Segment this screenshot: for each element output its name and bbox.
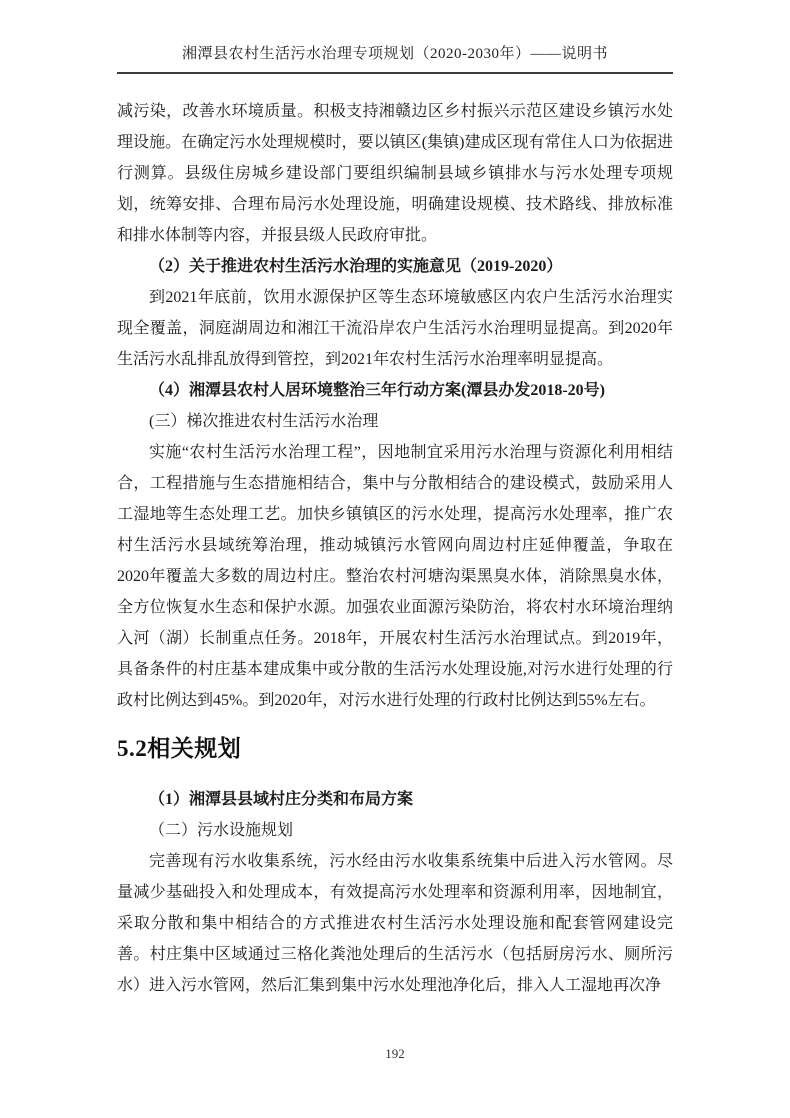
paragraph-continuation-pollution-reduction: 减污染，改善水环境质量。积极支持湘赣边区乡村振兴示范区建设乡镇污水处理设施。在确… bbox=[117, 96, 673, 251]
document-page: 湘潭县农村生活污水治理专项规划（2020-2030年）——说明书 减污染，改善水… bbox=[0, 0, 790, 1118]
heading-village-classification-layout: （1）湘潭县县域村庄分类和布局方案 bbox=[117, 784, 673, 815]
header-title: 湘潭县农村生活污水治理专项规划（2020-2030年）——说明书 bbox=[117, 42, 673, 66]
document-body: 减污染，改善水环境质量。积极支持湘赣边区乡村振兴示范区建设乡镇污水处理设施。在确… bbox=[117, 96, 673, 1001]
subheading-sewage-facility-planning: （二）污水设施规划 bbox=[117, 815, 673, 846]
subheading-tiered-sewage-treatment: (三）梯次推进农村生活污水治理 bbox=[117, 406, 673, 437]
paragraph-2021-targets: 到2021年底前，饮用水源保护区等生态环境敏感区内农户生活污水治理实现全覆盖，洞… bbox=[117, 282, 673, 375]
page-number: 192 bbox=[385, 1046, 405, 1061]
page-header: 湘潭县农村生活污水治理专项规划（2020-2030年）——说明书 bbox=[117, 42, 673, 74]
section-title-related-planning: 5.2相关规划 bbox=[117, 733, 673, 765]
heading-three-year-action-plan: （4）湘潭县农村人居环境整治三年行动方案(潭县办发2018-20号) bbox=[117, 375, 673, 406]
page-footer: 192 bbox=[0, 1045, 790, 1063]
header-rule bbox=[117, 72, 673, 74]
paragraph-sewage-collection-system: 完善现有污水收集系统，污水经由污水收集系统集中后进入污水管网。尽量减少基础投入和… bbox=[117, 846, 673, 1001]
paragraph-sewage-treatment-project: 实施“农村生活污水治理工程”，因地制宜采用污水治理与资源化利用相结合，工程措施与… bbox=[117, 437, 673, 716]
heading-implementation-opinions-2019-2020: （2）关于推进农村生活污水治理的实施意见（2019-2020） bbox=[117, 251, 673, 282]
